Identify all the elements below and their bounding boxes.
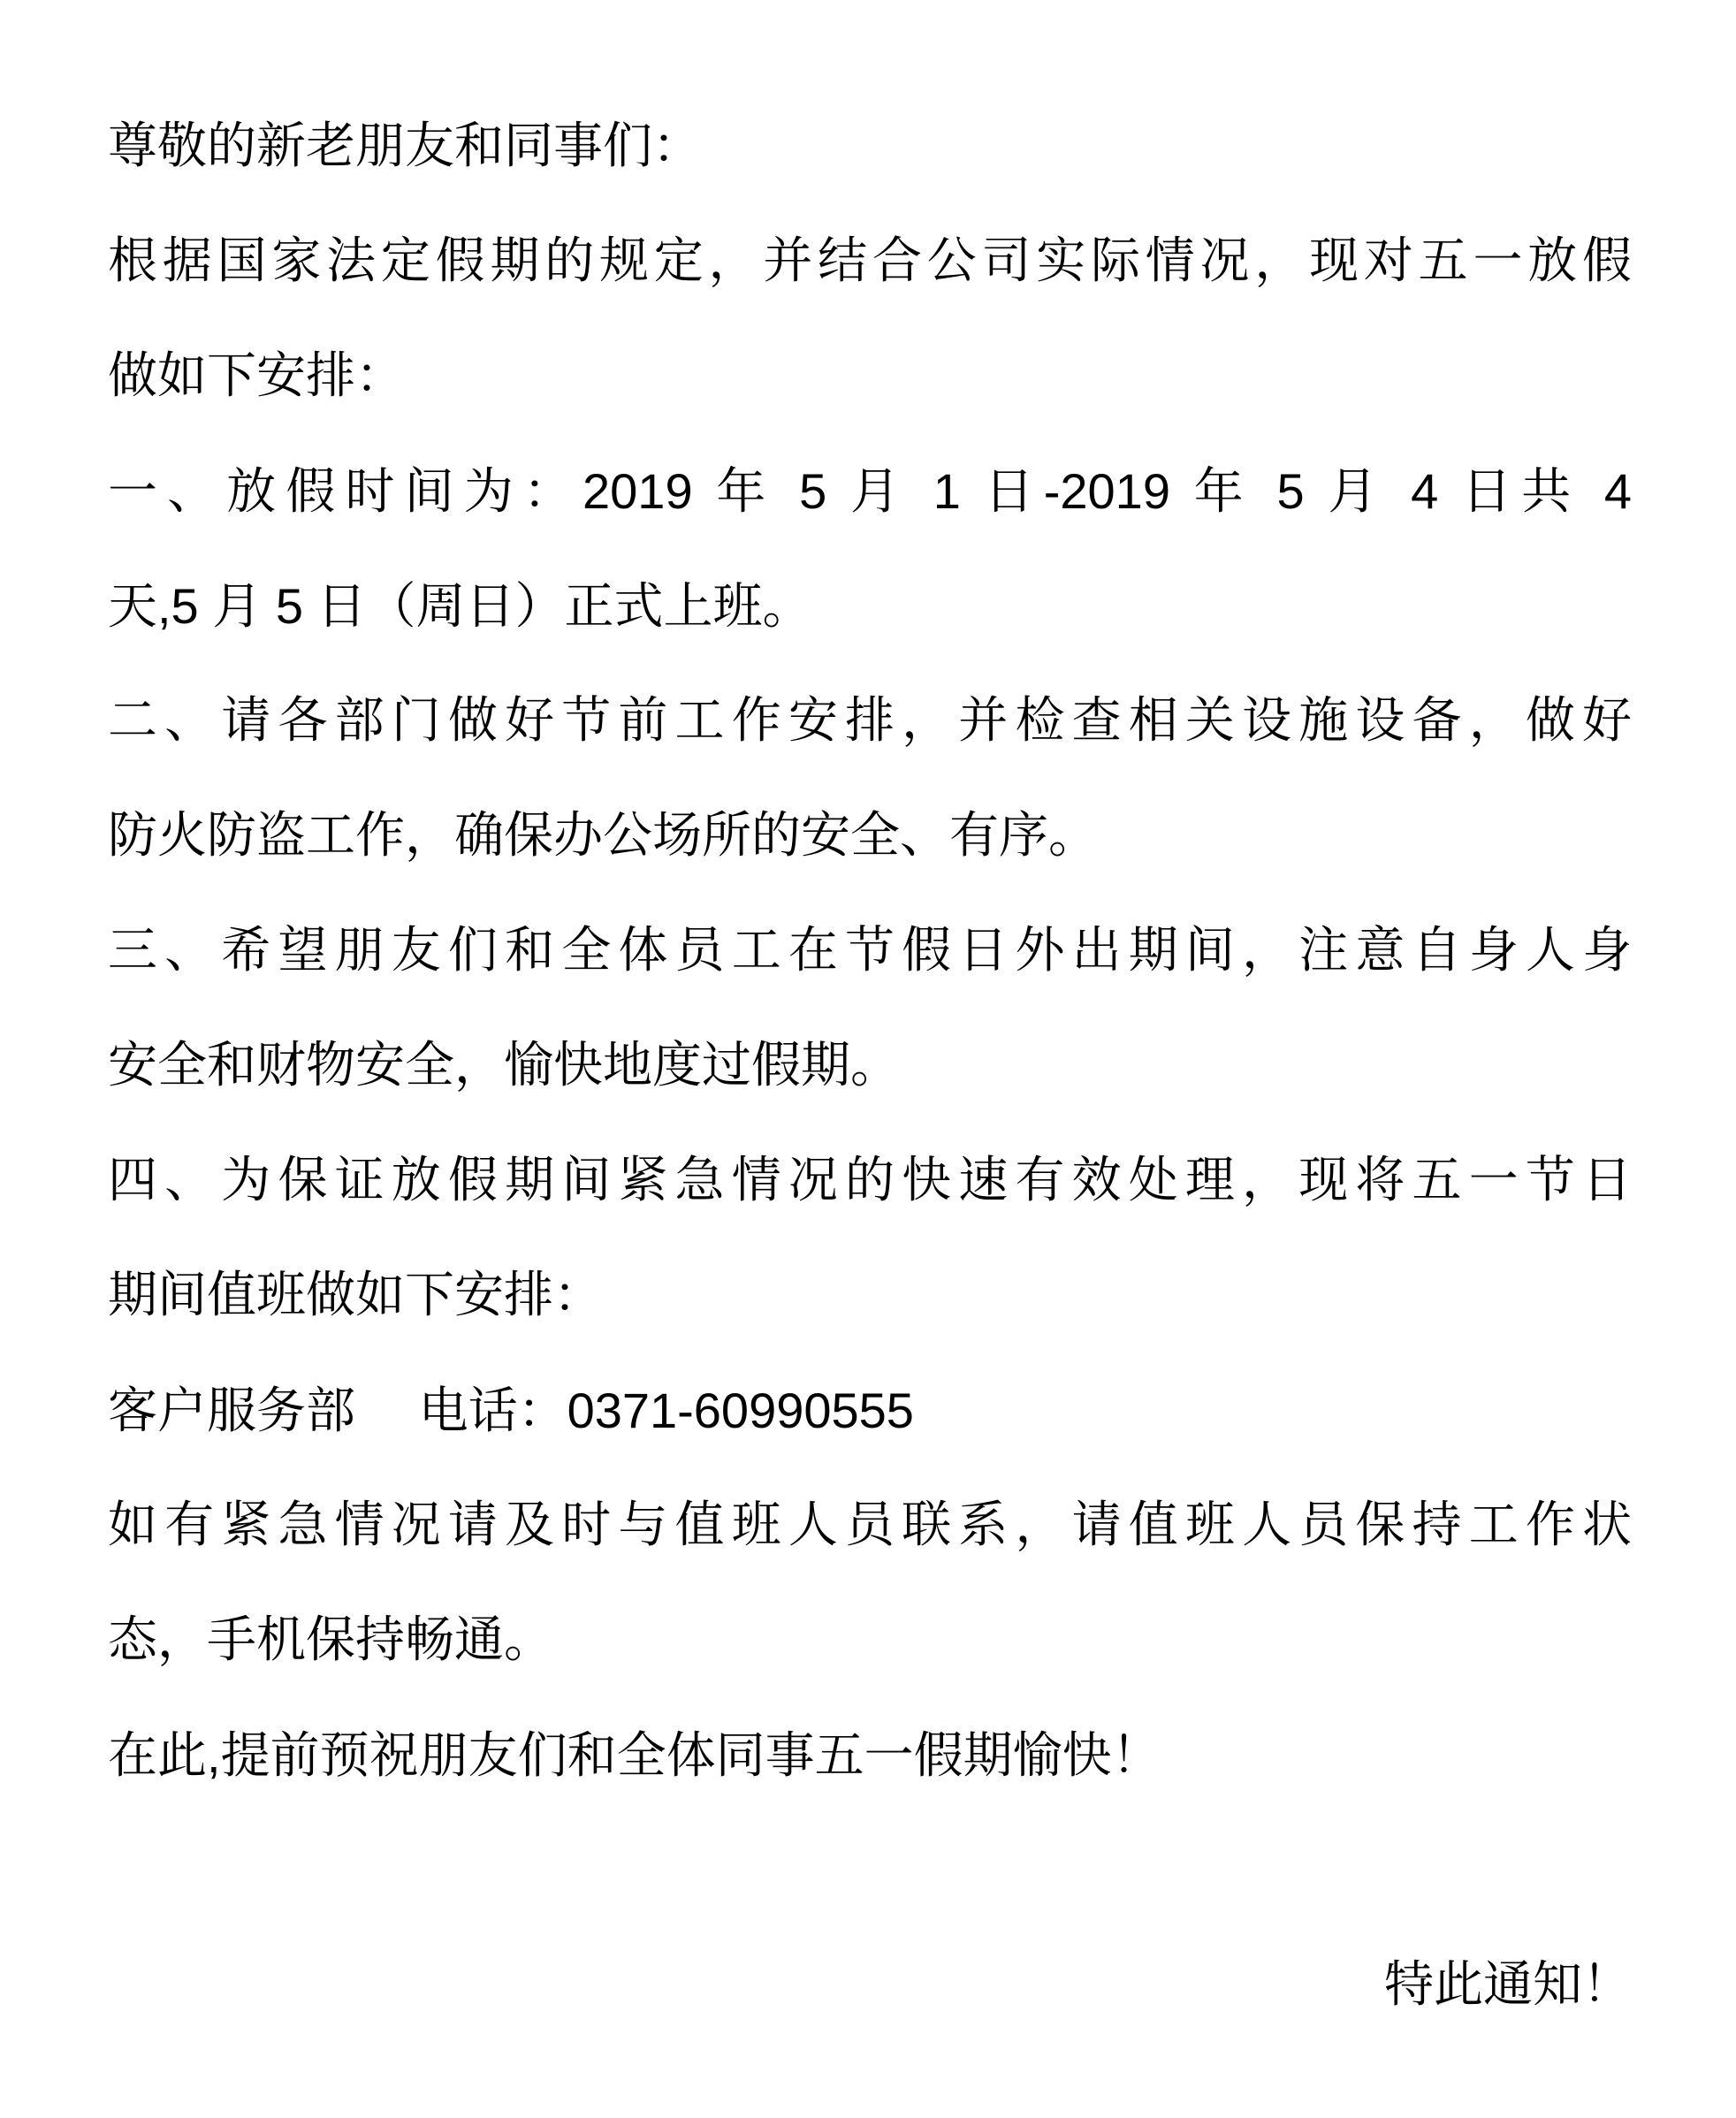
cjk-text-run: 二、请各部门做好节前工作安排，并检查相关设施设备，做好	[108, 694, 1632, 749]
latin-text-run	[405, 1383, 419, 1438]
emergency-line-1: 如有紧急情况请及时与值班人员联系，请值班人员保持工作状	[108, 1468, 1632, 1583]
intro-line-2: 做如下安排：	[108, 319, 1632, 434]
item2-line-1: 二、请各部门做好节前工作安排，并检查相关设施设备，做好	[108, 664, 1632, 779]
item4-line-1: 四、为保证放假期间紧急情况的快速有效处理，现将五一节日	[108, 1124, 1632, 1238]
cjk-text-run: 提前预祝朋友们和全体同事五一假期愉快！	[221, 1729, 1161, 1784]
cjk-text-run: 日（周日）正式上班。	[317, 580, 812, 635]
cjk-text-run: 电话：	[419, 1384, 567, 1439]
cjk-text-run: 态，手机保持畅通。	[108, 1613, 553, 1668]
cjk-text-run: 一、放假时间为：	[108, 465, 582, 520]
cjk-text-run: 月	[1328, 465, 1387, 520]
latin-text-run: 5	[262, 578, 316, 634]
latin-text-run: -2019	[1044, 463, 1194, 519]
cjk-text-run: 日	[985, 465, 1044, 520]
notice-document: 尊敬的新老朋友和同事们： 根据国家法定假期的规定，并结合公司实际情况，现对五一放…	[0, 0, 1736, 2118]
cjk-text-run: 防火防盗工作，确保办公场所的安全、有序。	[108, 809, 1098, 864]
cjk-text-run: 月	[850, 465, 910, 520]
notice-screenshot: 尊敬的新老朋友和同事们： 根据国家法定假期的规定，并结合公司实际情况，现对五一放…	[0, 0, 1736, 2118]
cjk-text-run: 三、希望朋友们和全体员工在节假日外出期间，注意自身人身	[108, 924, 1632, 979]
cjk-text-run: 四、为保证放假期间紧急情况的快速有效处理，现将五一节日	[108, 1154, 1632, 1208]
cjk-text-run: 天	[108, 580, 157, 635]
cjk-text-run: 期间值班做如下安排：	[108, 1269, 603, 1323]
cjk-text-run: 根据国家法定假期的规定，并结合公司实际情况，现对五一放假	[108, 234, 1632, 289]
salutation-line: 尊敬的新老朋友和同事们：	[108, 89, 1632, 204]
closing-line: 特此通知！	[108, 1928, 1632, 2043]
cjk-text-run: 在此	[108, 1729, 207, 1784]
latin-text-run: 0371-60990555	[567, 1383, 914, 1438]
cjk-text-run: 如有紧急情况请及时与值班人员联系，请值班人员保持工作状	[108, 1498, 1632, 1553]
cjk-text-run: 年	[1194, 465, 1253, 520]
latin-text-run: ,	[207, 1727, 221, 1783]
cjk-text-run: 做如下安排：	[108, 349, 405, 404]
wish-line: 在此,提前预祝朋友们和全体同事五一假期愉快！	[108, 1698, 1632, 1813]
item4-line-2: 期间值班做如下安排：	[108, 1238, 1632, 1353]
latin-text-run: 1	[910, 463, 985, 519]
cjk-text-run: 尊敬的新老朋友和同事们：	[108, 119, 702, 174]
latin-text-run: 2019	[582, 463, 716, 519]
cjk-text-run: 安全和财物安全，愉快地度过假期。	[108, 1039, 900, 1093]
cjk-text-run: 月	[212, 580, 262, 635]
cjk-text-run: 客户服务部	[108, 1384, 405, 1439]
cjk-text-run: 特此通知！	[1384, 1958, 1632, 2013]
item3-line-1: 三、希望朋友们和全体员工在节假日外出期间，注意自身人身	[108, 894, 1632, 1009]
cjk-text-run: 日共	[1462, 465, 1580, 520]
intro-line-1: 根据国家法定假期的规定，并结合公司实际情况，现对五一放假	[108, 204, 1632, 319]
latin-text-run: 4	[1387, 463, 1462, 519]
emergency-line-2: 态，手机保持畅通。	[108, 1583, 1632, 1698]
item3-line-2: 安全和财物安全，愉快地度过假期。	[108, 1009, 1632, 1124]
blank-line	[108, 1813, 1632, 1928]
latin-text-run: 4	[1580, 463, 1632, 519]
duty-contact-line: 客户服务部 电话：0371-60990555	[108, 1353, 1632, 1468]
cjk-text-run: 年	[716, 465, 775, 520]
item1-line-2: 天,5 月 5 日（周日）正式上班。	[108, 549, 1632, 664]
latin-text-run: 5	[775, 463, 850, 519]
latin-text-run: 5	[1253, 463, 1329, 519]
item2-line-2: 防火防盗工作，确保办公场所的安全、有序。	[108, 779, 1632, 894]
item1-line-1: 一、放假时间为：2019 年 5 月 1 日-2019 年 5 月 4 日共 4	[108, 434, 1632, 549]
latin-text-run: ,5	[157, 578, 212, 634]
